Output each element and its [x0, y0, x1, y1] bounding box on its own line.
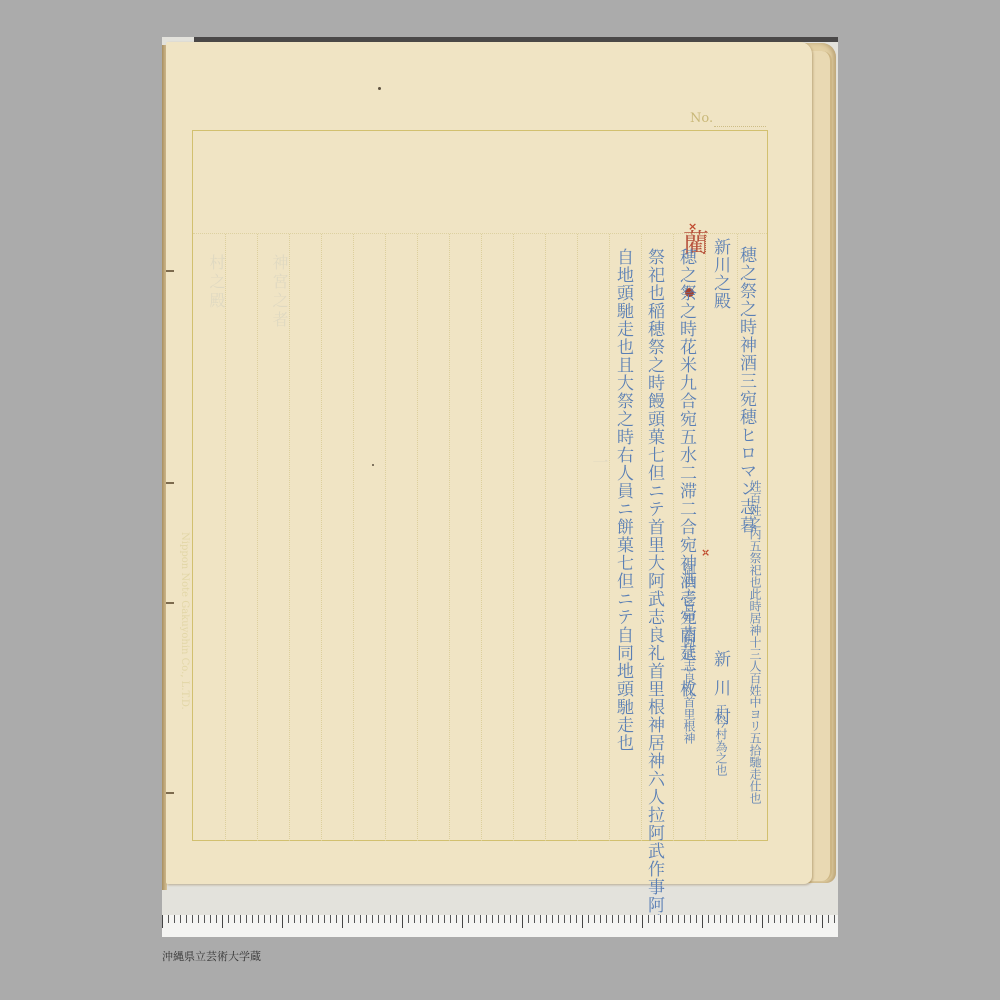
- measuring-ruler: [162, 915, 838, 937]
- column-rule: [737, 234, 738, 841]
- binding-stitch: [166, 792, 174, 794]
- text-column-6: 自地頭馳走也且大祭之時右人員ニ餅菓七但ニテ自同地頭馳走也: [614, 248, 631, 752]
- column-rule: [289, 234, 290, 841]
- image-viewer: No. Nippon Note Gakuyohin Co., L.T.D. 藺 …: [0, 0, 1000, 1000]
- column-rule: [705, 234, 706, 841]
- text-column-2: 新川之殿: [711, 238, 728, 310]
- column-rule: [641, 234, 642, 841]
- bleed-through-text: 神宮之者: [268, 254, 291, 330]
- column-rule: [353, 234, 354, 841]
- text-column-5: 祭祀也稲穂祭之時饅頭菓七但ニテ首里大阿武志良礼首里根神居神六人拉阿武作事阿武: [645, 248, 662, 932]
- text-column-1-small: 姓百姓之内五祭祀也此時居神十三人百姓中ヨリ五拾馳走仕也: [749, 480, 761, 804]
- column-rule: [385, 234, 386, 841]
- column-grid: 村之殿 神宮之者 一 之 × 穂之祭之時神酒三宛穂ヒロマン志暮 姓百姓之内五祭祀…: [193, 233, 767, 841]
- column-rule: [417, 234, 418, 841]
- column-rule: [257, 234, 258, 841]
- column-rule: [513, 234, 514, 841]
- column-rule: [225, 234, 226, 841]
- column-rule: [545, 234, 546, 841]
- column-rule: [481, 234, 482, 841]
- manuscript-photo: No. Nippon Note Gakuyohin Co., L.T.D. 藺 …: [162, 37, 838, 937]
- paper-speck: [378, 87, 381, 90]
- collection-caption: 沖縄県立芸術大学蔵: [162, 948, 261, 964]
- form-number-label: No.: [690, 111, 713, 126]
- publisher-imprint: Nippon Note Gakuyohin Co., L.T.D.: [179, 532, 190, 710]
- bleed-through-text: 一: [588, 454, 611, 473]
- column-rule: [321, 234, 322, 841]
- column-rule: [449, 234, 450, 841]
- text-column-4-small: 于今村為之也: [715, 704, 727, 776]
- ruler-major-ticks: [162, 915, 838, 928]
- binding-stitch: [166, 482, 174, 484]
- manuscript-page: No. Nippon Note Gakuyohin Co., L.T.D. 藺 …: [166, 42, 812, 884]
- manuscript-frame: 藺 × 村之殿 神宮之者 一 之 × 穂之祭之時神酒三宛穂ヒロマン志暮 姓百姓之…: [192, 130, 768, 841]
- column-rule: [577, 234, 578, 841]
- form-number-field: [714, 126, 766, 127]
- binding-stitch: [166, 602, 174, 604]
- column-rule: [673, 234, 674, 841]
- binding-stitch: [166, 270, 174, 272]
- column-rule: [609, 234, 610, 841]
- red-x-mark: ×: [688, 220, 697, 233]
- text-column-3-small: 御供之首里大阿武志良礼首里根神: [683, 564, 695, 744]
